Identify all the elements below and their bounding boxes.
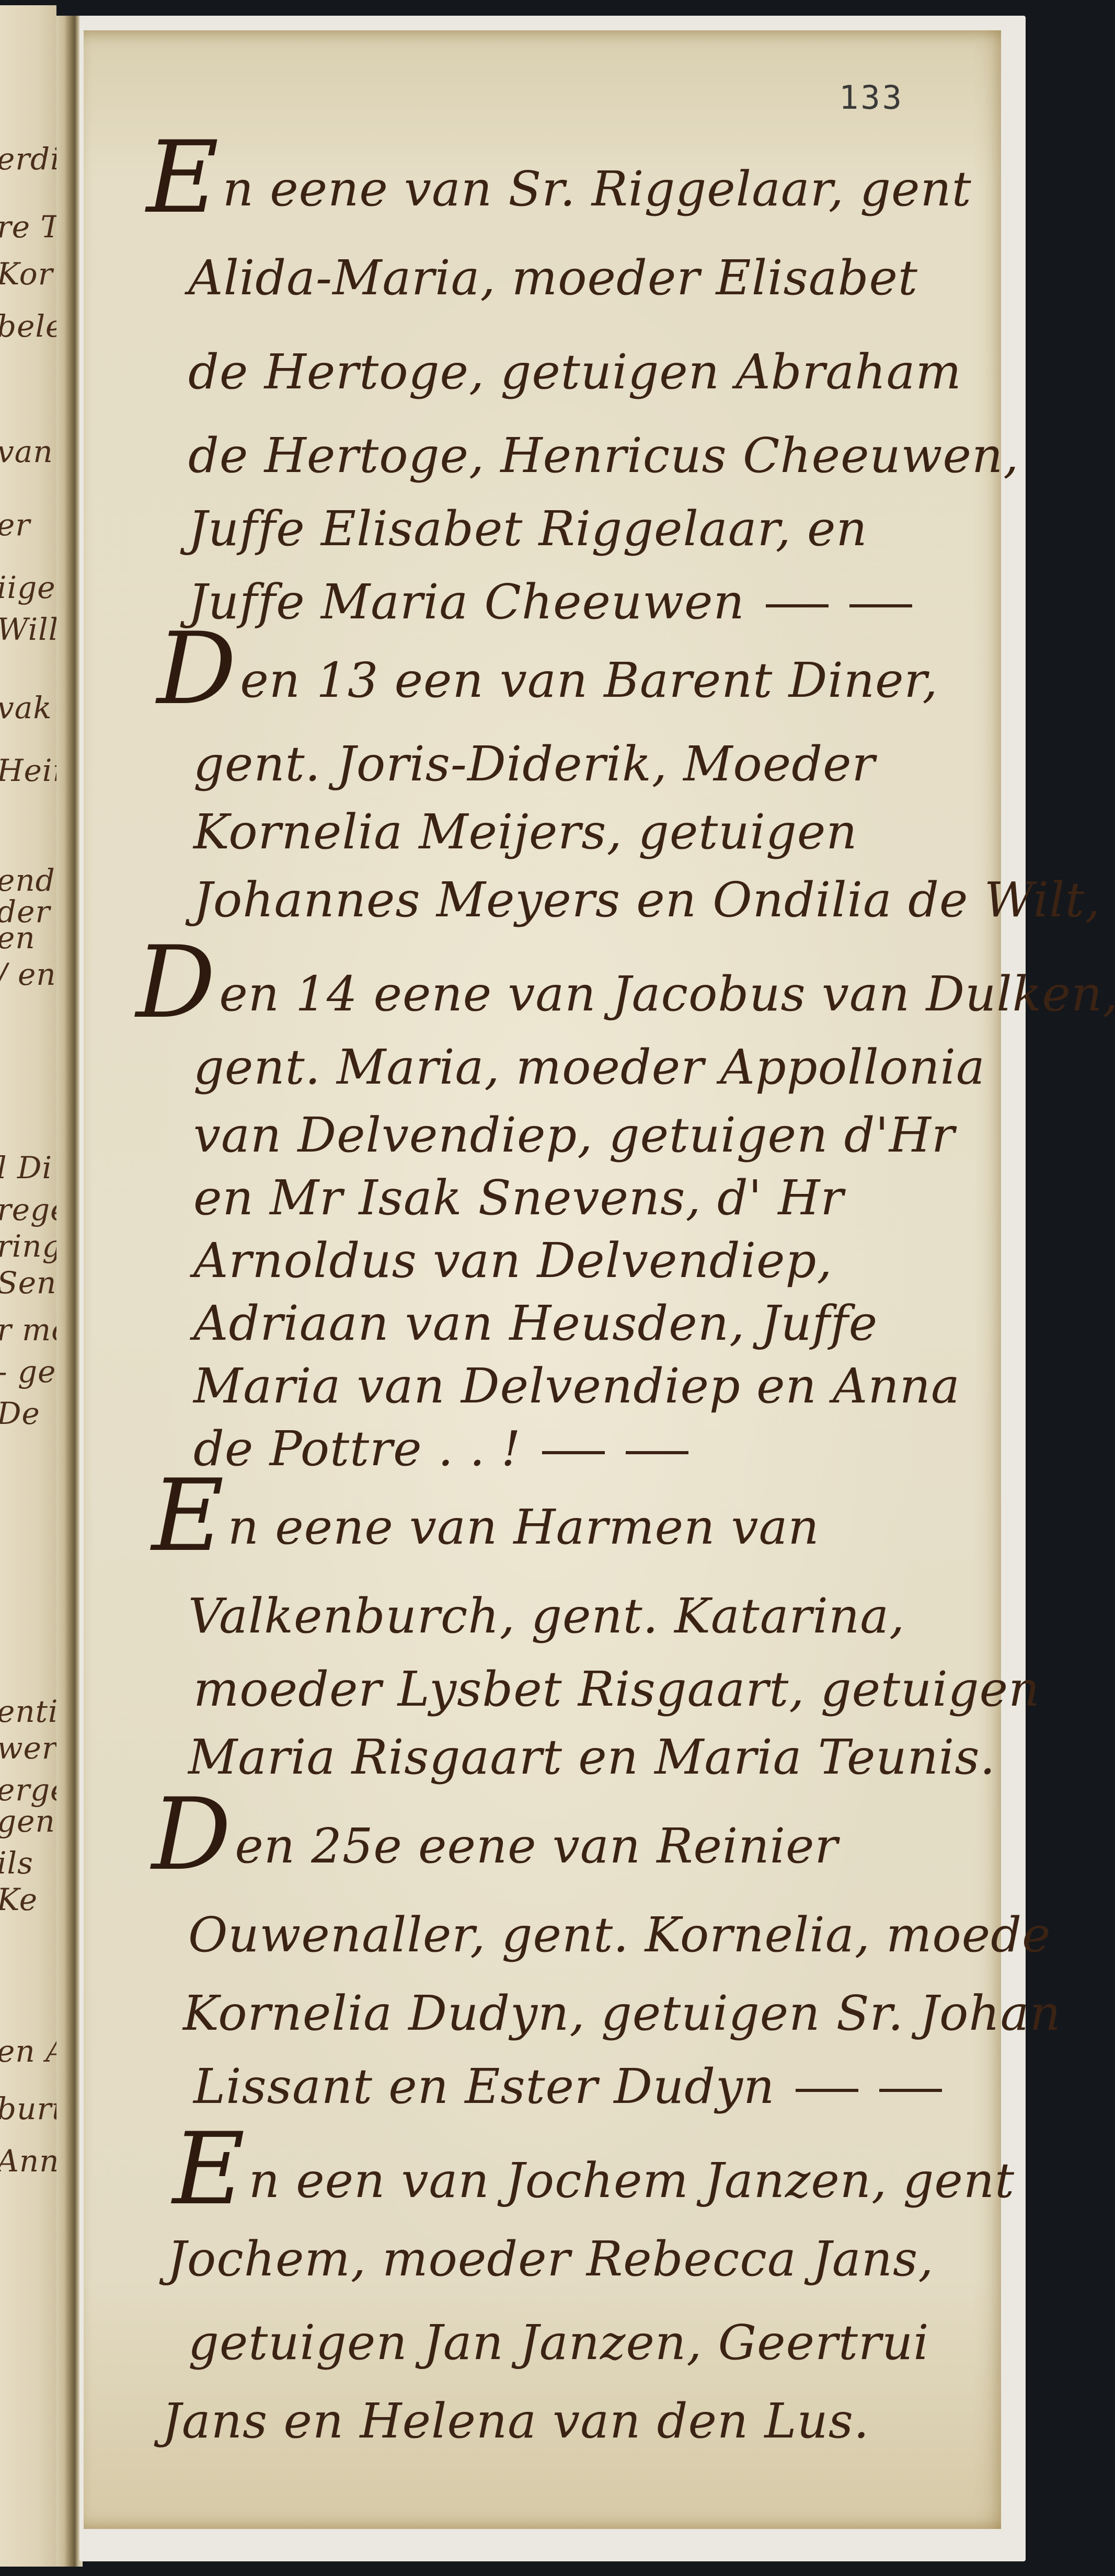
entry-line: Johannes Meyers en Ondilia de Wilt, [193, 872, 1101, 928]
fragment-text: ende [0, 862, 56, 898]
entry-line: Maria van Delvendiep en Anna [193, 1358, 960, 1414]
fragment-text: er [0, 507, 30, 543]
entry-line: de Pottre . . ! [193, 1421, 688, 1477]
fragment-text: iigen [0, 570, 56, 605]
line-filler-dash [879, 2089, 942, 2092]
book-gutter [56, 16, 83, 2567]
fragment-text: ils [0, 1845, 33, 1881]
decorative-initial: E [173, 2111, 246, 2227]
fragment-text: Hein [0, 753, 56, 788]
manuscript-page: 133 En eene van Sr. Riggelaar, gent Alid… [84, 30, 1001, 2529]
entry-line: Ouwenaller, gent. Kornelia, moede [188, 1907, 1051, 1963]
fragment-text: / en [0, 957, 56, 992]
line-filler-dash [626, 1451, 688, 1454]
entry-line: Alida-Maria, moeder Elisabet [188, 250, 918, 306]
fragment-text: entie [0, 1694, 56, 1729]
entry-line: Kornelia Dudyn, getuigen Sr. Johan [183, 1985, 1061, 2041]
decorative-initial: D [152, 1777, 232, 1892]
entry-line: moeder Lysbet Risgaart, getuigen [193, 1661, 1040, 1717]
fragment-text: Kor [0, 256, 53, 292]
entry-line: en Mr Isak Snevens, d' Hr [193, 1170, 844, 1226]
entry-line: Jans en Helena van den Lus. [162, 2393, 869, 2449]
entry-line: Maria Risgaart en Maria Teunis. [188, 1729, 996, 1785]
decorative-initial: E [152, 1458, 225, 1573]
entry-line: getuigen Jan Janzen, Geertrui [188, 2315, 929, 2371]
entry-line: van Delvendiep, getuigen d'Hr [193, 1107, 955, 1163]
page-number: 133 [839, 78, 904, 117]
fragment-text: Ke [0, 1882, 38, 1917]
line-filler-dash [796, 2089, 858, 2092]
entry-line: Den 13 een van Barent Diner, [157, 652, 938, 708]
entry-line: Juffe Maria Cheeuwen [188, 574, 912, 630]
fragment-text: gen [0, 1803, 55, 1839]
fragment-text: l Di [0, 1150, 52, 1186]
fragment-text: Will [0, 612, 56, 647]
fragment-text: bele [0, 308, 56, 344]
fragment-text: vak [0, 690, 52, 726]
fragment-text: ergen [0, 1772, 56, 1808]
scan-scene: erdi re Ta Kor bele van er iigen Will va… [0, 0, 1115, 2576]
fragment-text: Sen. [0, 1265, 56, 1301]
fragment-text: De [0, 1396, 40, 1431]
entry-line: gent. Maria, moeder Appollonia [193, 1039, 985, 1095]
entry-line: gent. Joris-Diderik, Moeder [193, 736, 876, 792]
entry-line: En eene van Harmen van [152, 1499, 820, 1555]
fragment-text: erdi [0, 141, 56, 177]
fragment-text: regent [0, 1192, 56, 1227]
facing-page-fragment: erdi re Ta Kor bele van er iigen Will va… [0, 5, 56, 2567]
fragment-text: burt [0, 2091, 56, 2126]
entry-line: Adriaan van Heusden, Juffe [193, 1295, 878, 1351]
entry-line: de Hertoge, getuigen Abraham [188, 344, 962, 400]
entry-line: Valkenburch, gent. Katarina, [188, 1588, 905, 1644]
entry-line: de Hertoge, Henricus Cheeuwen, [188, 428, 1019, 484]
entry-line: Den 14 eene van Jacobus van Dulken, [136, 966, 1115, 1022]
entry-line: En eene van Sr. Riggelaar, gent [146, 161, 972, 217]
line-filler-dash [849, 604, 912, 607]
entry-line: Lissant en Ester Dudyn [193, 2058, 942, 2114]
fragment-text: werm [0, 1730, 56, 1766]
fragment-text: Ann [0, 2143, 56, 2179]
fragment-text: r mo [0, 1312, 56, 1348]
decorative-initial: D [136, 925, 216, 1040]
entry-line: Jochem, moeder Rebecca Jans, [167, 2231, 934, 2287]
fragment-text: en [0, 920, 36, 956]
line-filler-dash [766, 604, 829, 607]
fragment-text: en A [0, 2033, 56, 2069]
entry-line: En een van Jochem Janzen, gent [173, 2153, 1015, 2209]
entry-line: Arnoldus van Delvendiep, [193, 1233, 833, 1289]
entry-line: Kornelia Meijers, getuigen [193, 804, 858, 860]
fragment-text: - gel [0, 1354, 56, 1389]
decorative-initial: D [157, 611, 237, 727]
line-filler-dash [542, 1451, 605, 1454]
entry-line: Juffe Elisabet Riggelaar, en [188, 501, 868, 557]
decorative-initial: E [146, 120, 220, 235]
fragment-text: ring [0, 1228, 56, 1264]
entry-line: Den 25e eene van Reinier [152, 1818, 838, 1874]
fragment-text: re Ta [0, 209, 56, 245]
fragment-text: van [0, 434, 53, 469]
